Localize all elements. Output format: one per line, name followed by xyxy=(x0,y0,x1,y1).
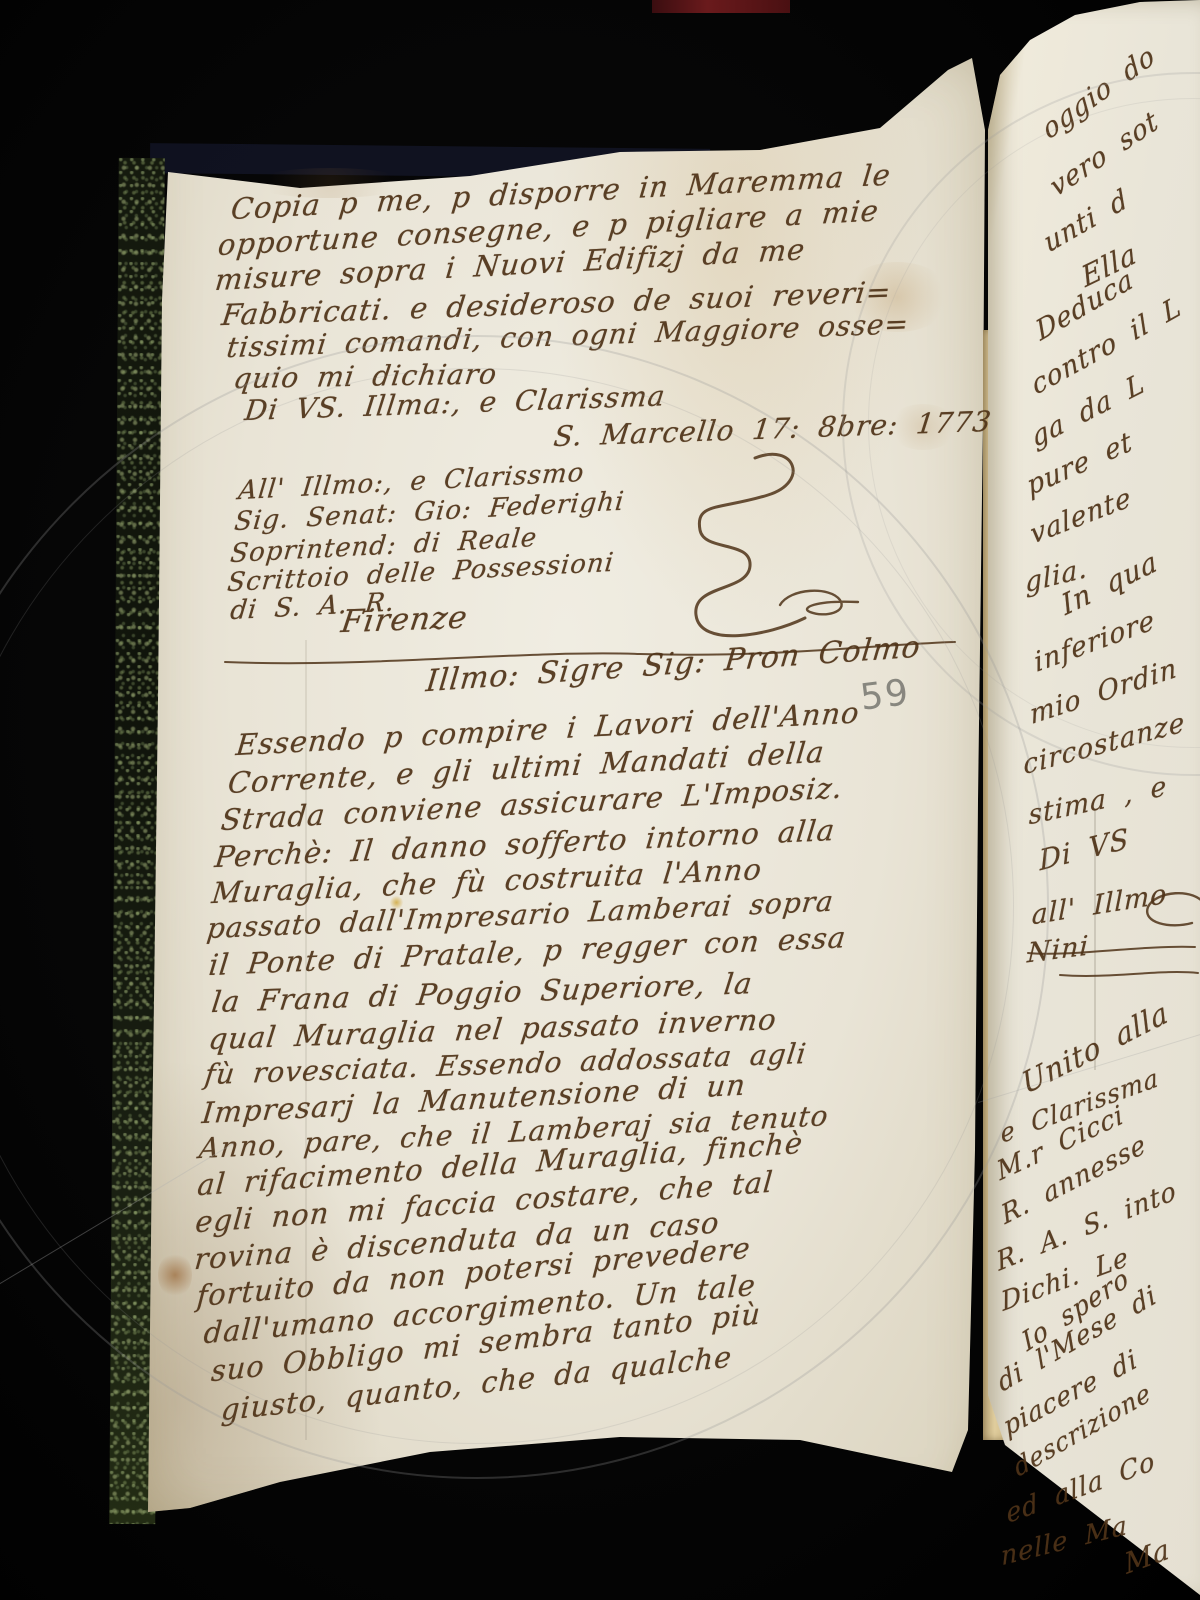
page-number: 59 xyxy=(858,672,912,719)
city-line: Firenze xyxy=(339,600,470,641)
book-binding-top xyxy=(652,0,790,13)
manuscript-photo: Copia p me, p disporre in Maremma le opp… xyxy=(0,0,1200,1600)
